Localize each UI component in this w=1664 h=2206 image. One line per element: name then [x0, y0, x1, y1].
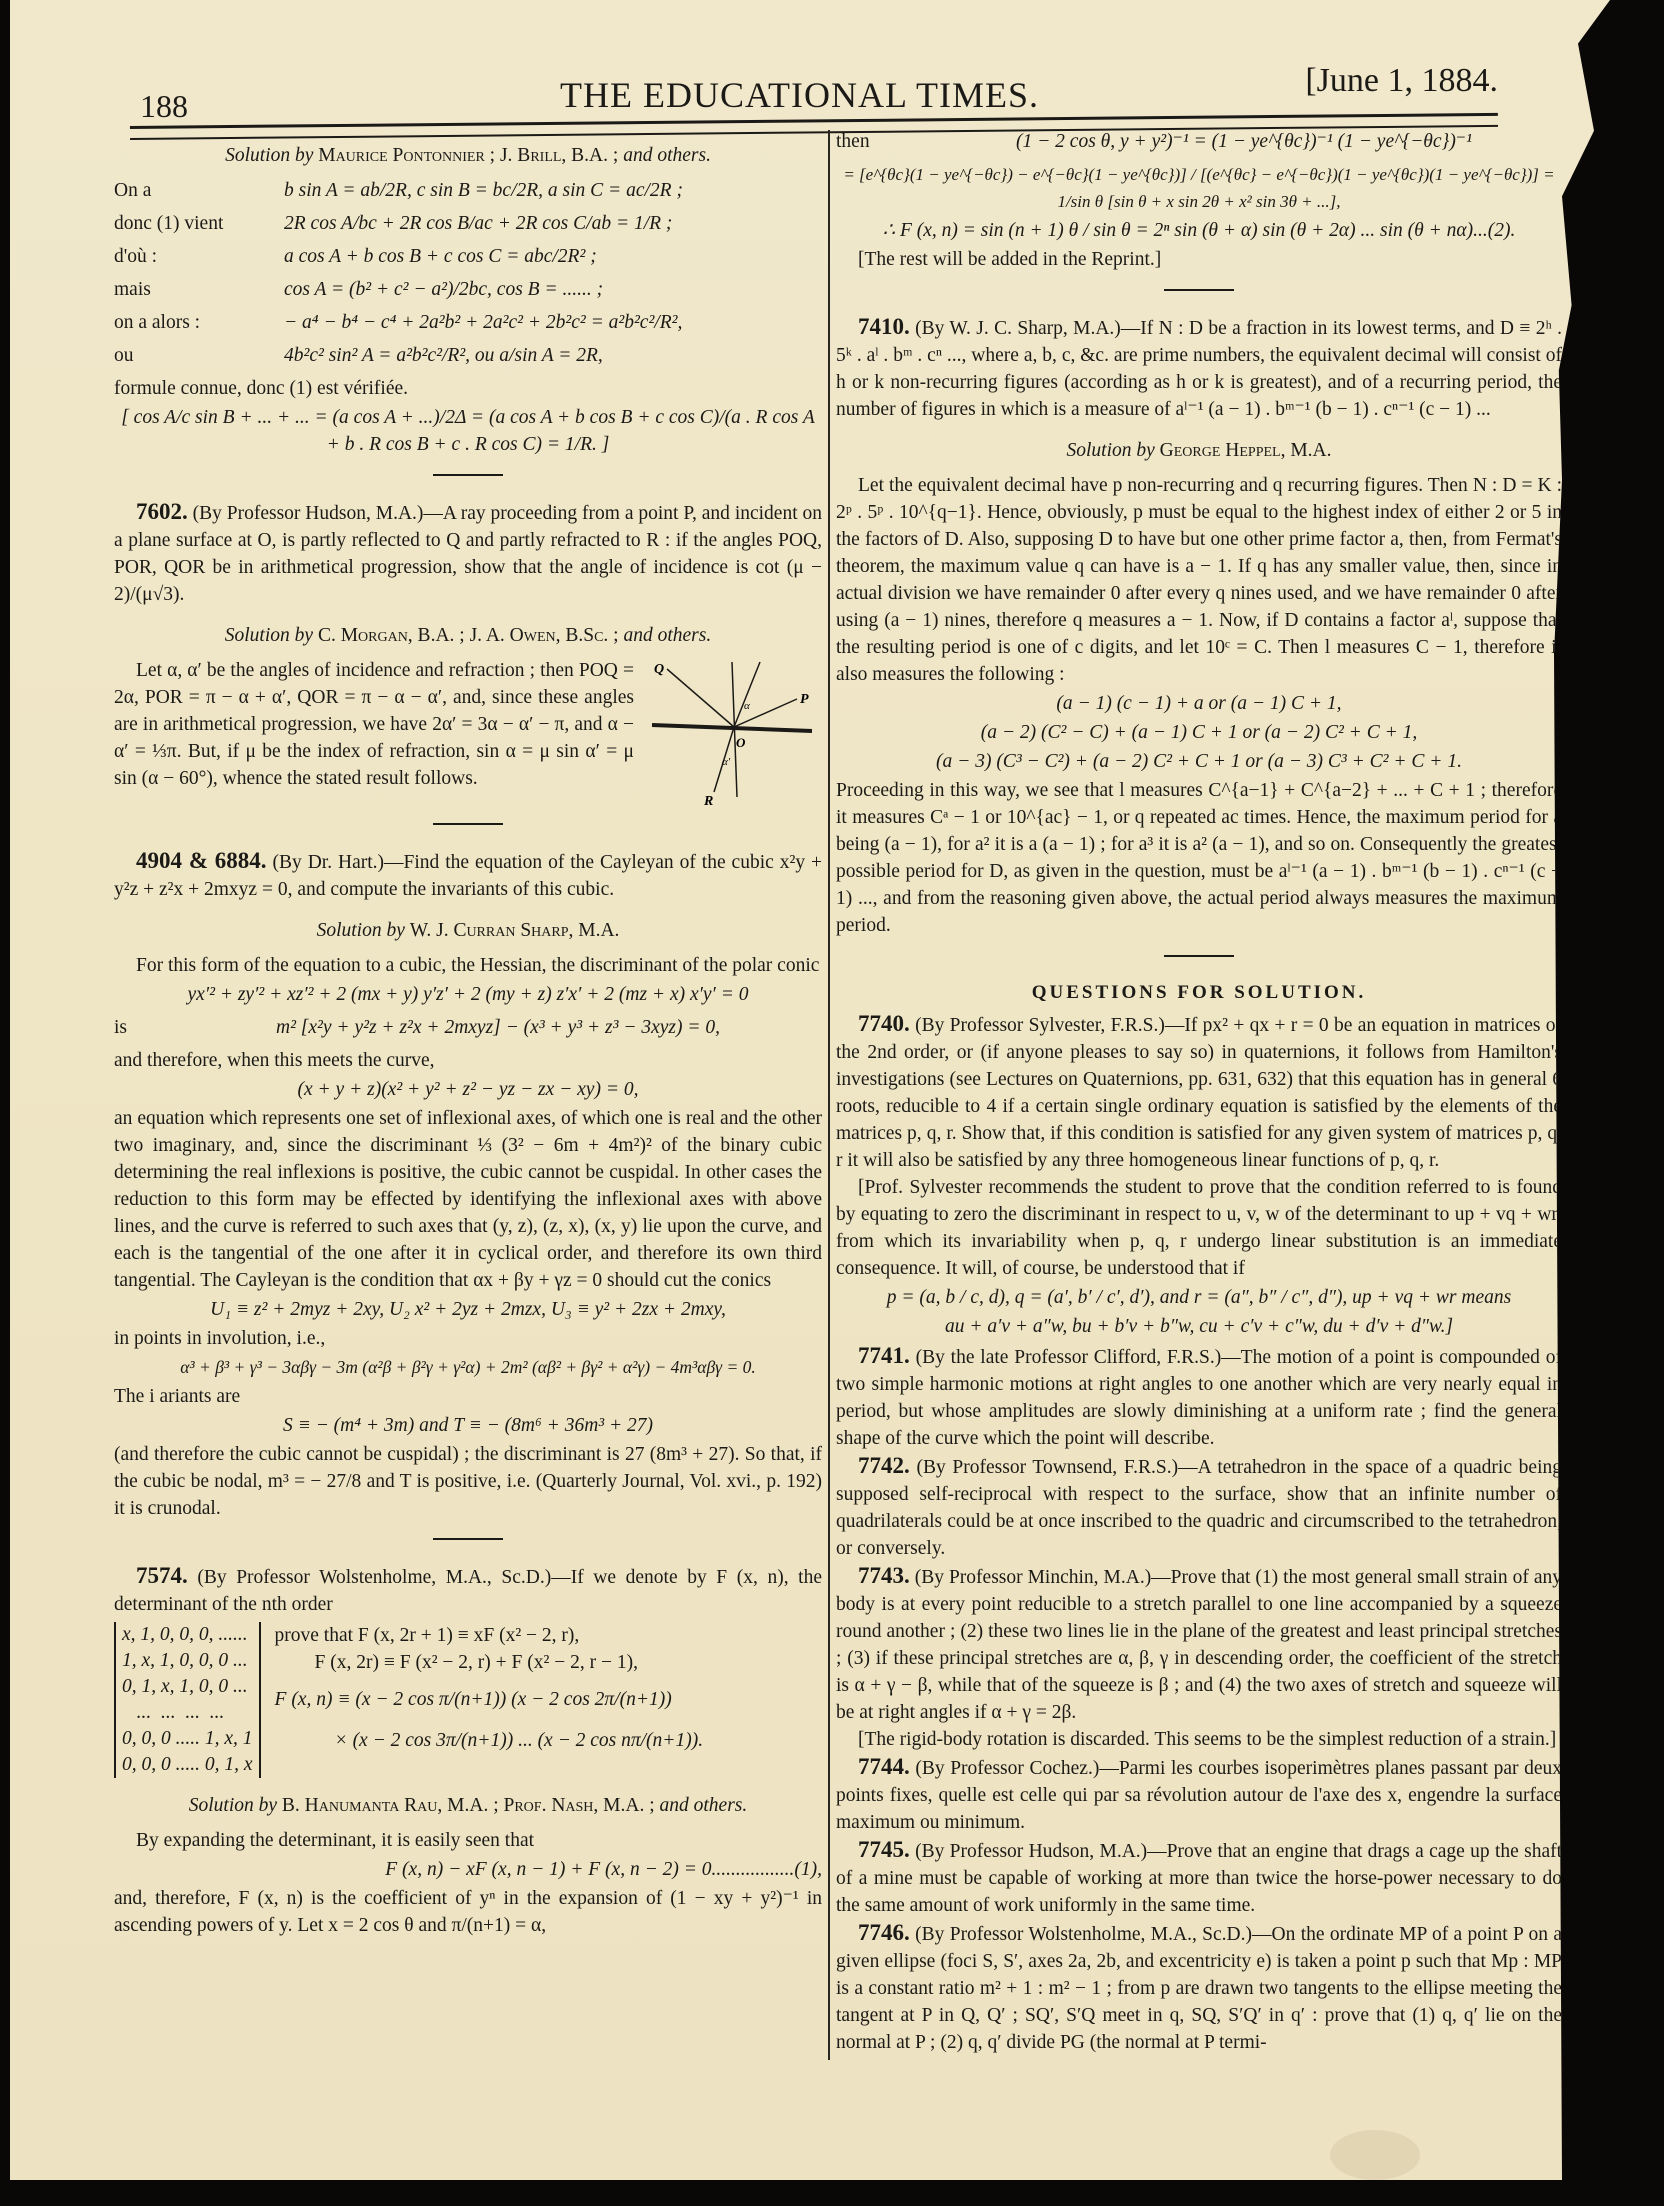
paragraph: and therefore, when this meets the curve… — [114, 1047, 822, 1074]
equation: F (x, n) − xF (x, n − 1) + F (x, n − 2) … — [114, 1856, 822, 1883]
question-7746: 7746. (By Professor Wolstenholme, M.A., … — [836, 1919, 1562, 2056]
right-column: then(1 − 2 cos θ, y + y²)⁻¹ = (1 − ye^{θ… — [836, 128, 1562, 2056]
equation: au + a′v + a″w, bu + b′v + b″w, cu + c′v… — [836, 1313, 1562, 1340]
equation: U₁ ≡ z² + 2myz + 2xy, U₂ x² + 2yz + 2mzx… — [114, 1296, 822, 1323]
solution-byline: Solution by C. Morgan, B.A. ; J. A. Owen… — [114, 622, 822, 649]
equation: (a − 3) (C³ − C²) + (a − 2) C² + C + 1 o… — [836, 748, 1562, 775]
paragraph: an equation which represents one set of … — [114, 1105, 822, 1294]
section-separator — [1164, 955, 1234, 957]
page-header: 188 THE EDUCATIONAL TIMES. [June 1, 1884… — [130, 62, 1498, 122]
equation-row: donc (1) vient2R cos A/bc + 2R cos B/ac … — [114, 210, 822, 237]
publication-title: THE EDUCATIONAL TIMES. — [560, 74, 1039, 116]
question-7410: 7410. (By W. J. C. Sharp, M.A.)—If N : D… — [836, 313, 1562, 423]
paragraph: Let the equivalent decimal have p non-re… — [836, 472, 1562, 688]
equation-row: on a alors :− a⁴ − b⁴ − c⁴ + 2a²b² + 2a²… — [114, 309, 822, 336]
question-7574: 7574. (By Professor Wolstenholme, M.A., … — [114, 1562, 822, 1618]
paragraph: (and therefore the cubic cannot be cuspi… — [114, 1441, 822, 1522]
question-7741: 7741. (By the late Professor Clifford, F… — [836, 1342, 1562, 1452]
paragraph: The i ariants are — [114, 1383, 822, 1410]
question-7743: 7743. (By Professor Minchin, M.A.)—Prove… — [836, 1562, 1562, 1726]
page-number: 188 — [140, 88, 188, 125]
equation: (x + y + z)(x² + y² + z² − yz − zx − xy)… — [114, 1076, 822, 1103]
solution-byline: Solution by George Heppel, M.A. — [836, 437, 1562, 464]
svg-text:R: R — [703, 794, 713, 807]
svg-text:O: O — [736, 735, 746, 750]
determinant-matrix: x, 1, 0, 0, 0, ...... 1, x, 1, 0, 0, 0 .… — [114, 1622, 261, 1778]
solution-byline: Solution by W. J. Curran Sharp, M.A. — [114, 917, 822, 944]
solution-byline: Solution by B. Hanumanta Rau, M.A. ; Pro… — [114, 1792, 822, 1819]
solution-byline: Solution by Maurice Pontonnier ; J. Bril… — [114, 142, 822, 169]
svg-text:P: P — [800, 692, 809, 707]
paragraph: in points in involution, i.e., — [114, 1325, 822, 1352]
question-4904-6884: 4904 & 6884. (By Dr. Hart.)—Find the equ… — [114, 847, 822, 903]
question-7740: 7740. (By Professor Sylvester, F.R.S.)—I… — [836, 1010, 1562, 1174]
section-heading: QUESTIONS FOR SOLUTION. — [836, 979, 1562, 1006]
issue-date: [June 1, 1884. — [1305, 62, 1498, 100]
editor-note: [Prof. Sylvester recommends the student … — [836, 1174, 1562, 1282]
equation-row: On ab sin A = ab/2R, c sin B = bc/2R, a … — [114, 177, 822, 204]
question-7744: 7744. (By Professor Cochez.)—Parmi les c… — [836, 1753, 1562, 1836]
newspaper-page: 188 THE EDUCATIONAL TIMES. [June 1, 1884… — [10, 0, 1610, 2180]
equation: (a − 1) (c − 1) + a or (a − 1) C + 1, — [836, 690, 1562, 717]
equation: S ≡ − (m⁴ + 3m) and T ≡ − (8m⁶ + 36m³ + … — [114, 1412, 822, 1439]
equation: yx′² + zy′² + xz′² + 2 (mx + y) y′z′ + 2… — [114, 981, 822, 1008]
section-separator — [433, 474, 503, 476]
question-7745: 7745. (By Professor Hudson, M.A.)—Prove … — [836, 1836, 1562, 1919]
equation: ∴ F (x, n) = sin (n + 1) θ / sin θ = 2ⁿ … — [836, 217, 1562, 244]
refraction-diagram: Q P O R α α′ — [642, 657, 822, 807]
proof-statements: prove that F (x, 2r + 1) ≡ xF (x² − 2, r… — [275, 1622, 822, 1778]
editor-note: [The rigid-body rotation is discarded. T… — [836, 1726, 1562, 1753]
question-7602: 7602. (By Professor Hudson, M.A.)—A ray … — [114, 498, 822, 608]
section-separator — [1164, 289, 1234, 291]
determinant-block: x, 1, 0, 0, 0, ...... 1, x, 1, 0, 0, 0 .… — [114, 1622, 822, 1778]
equation-row: then(1 − 2 cos θ, y + y²)⁻¹ = (1 − ye^{θ… — [836, 128, 1562, 155]
paragraph: and, therefore, F (x, n) is the coeffici… — [114, 1885, 822, 1939]
paragraph: Proceeding in this way, we see that l me… — [836, 777, 1562, 939]
paragraph: formule connue, donc (1) est vérifiée. — [114, 375, 822, 402]
equation: [ cos A/c sin B + ... + ... = (a cos A +… — [114, 404, 822, 458]
paragraph: By expanding the determinant, it is easi… — [114, 1827, 822, 1854]
equation: p = (a, b / c, d), q = (a′, b′ / c′, d′)… — [836, 1284, 1562, 1311]
equation: = [e^{θc}(1 − ye^{−θc}) − e^{−θc}(1 − ye… — [836, 161, 1562, 215]
equation-row: ism² [x²y + y²z + z²x + 2mxyz] − (x³ + y… — [114, 1014, 822, 1041]
svg-text:Q: Q — [654, 662, 664, 677]
equation-row: maiscos A = (b² + c² − a²)/2bc, cos B = … — [114, 276, 822, 303]
equation-row: d'où :a cos A + b cos B + c cos C = abc/… — [114, 243, 822, 270]
equation: α³ + β³ + γ³ − 3αβγ − 3m (α²β + β²γ + γ²… — [114, 1354, 822, 1381]
svg-text:α: α — [744, 700, 750, 712]
editor-note: [The rest will be added in the Reprint.] — [836, 246, 1562, 273]
svg-text:α′: α′ — [722, 756, 731, 768]
equation-row: ou4b²c² sin² A = a²b²c²/R², ou a/sin A =… — [114, 342, 822, 369]
question-7742: 7742. (By Professor Townsend, F.R.S.)—A … — [836, 1452, 1562, 1562]
equation: (a − 2) (C² − C) + (a − 1) C + 1 or (a −… — [836, 719, 1562, 746]
section-separator — [433, 823, 503, 825]
column-divider — [828, 130, 830, 2060]
paper-stain — [1330, 2130, 1420, 2180]
paragraph: For this form of the equation to a cubic… — [114, 952, 822, 979]
left-column: Solution by Maurice Pontonnier ; J. Bril… — [114, 128, 822, 1939]
section-separator — [433, 1538, 503, 1540]
